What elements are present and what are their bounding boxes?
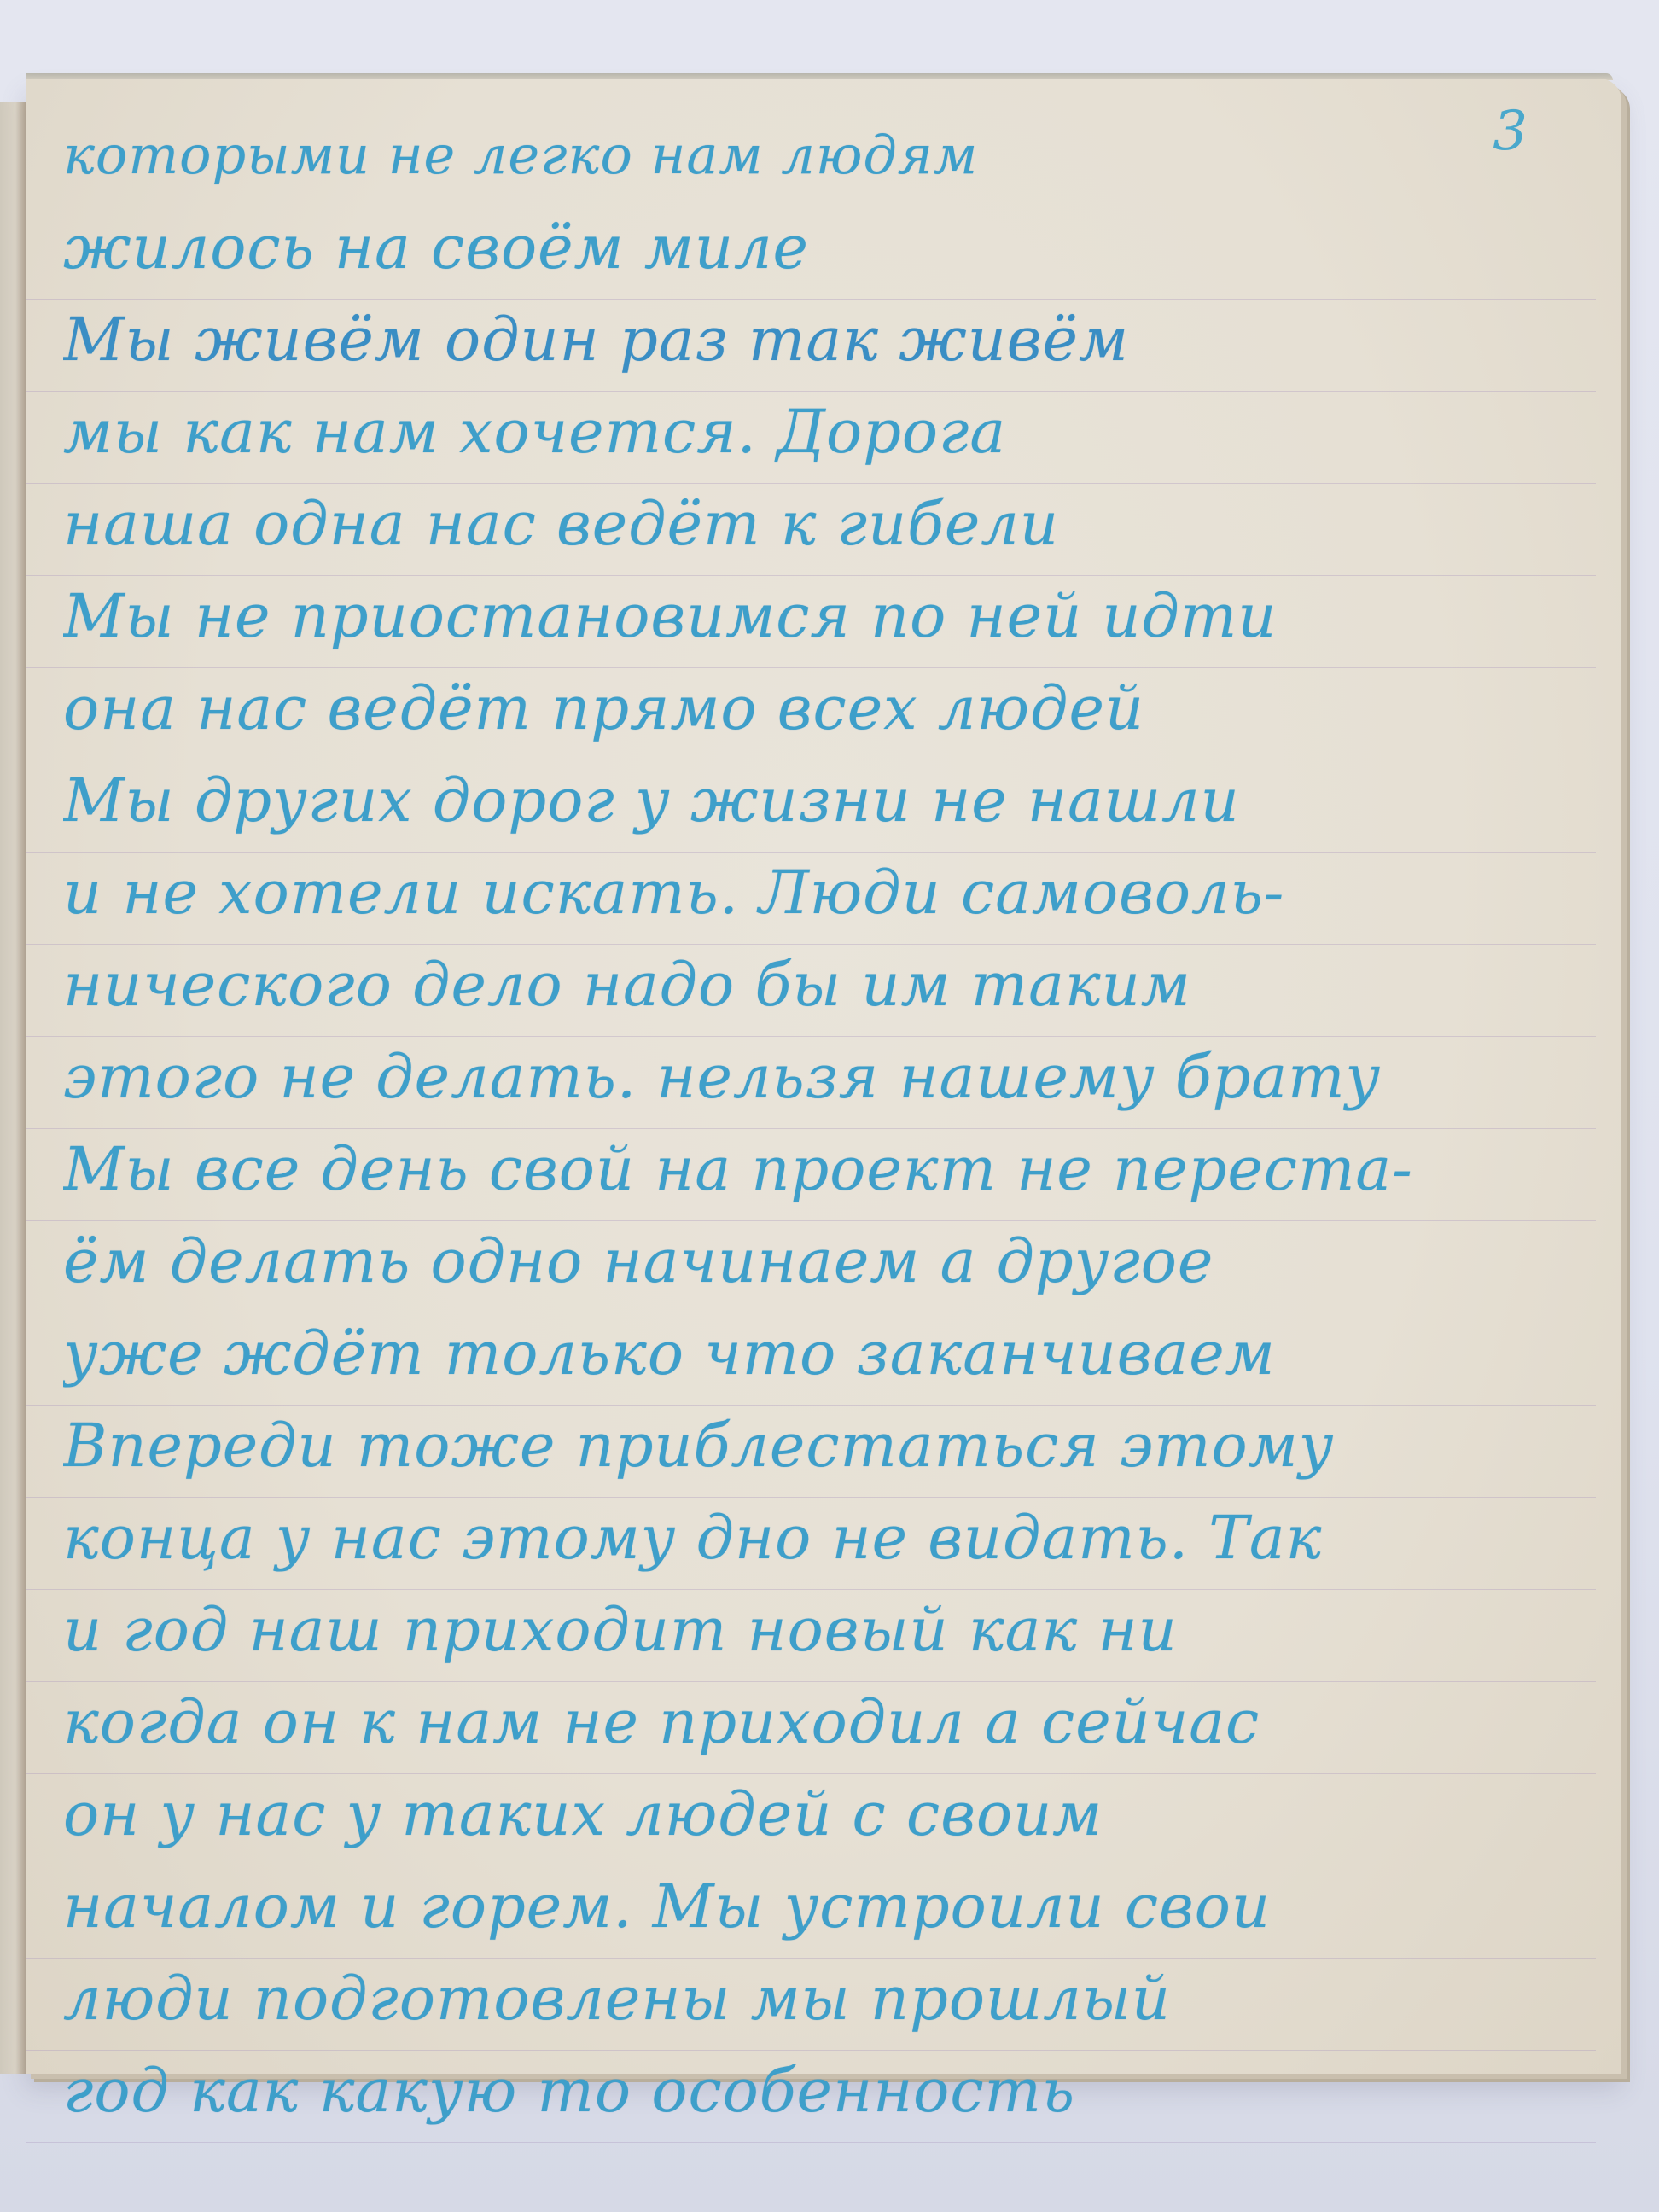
handwritten-line: мы как нам хочется. Дорога [63,386,1519,478]
notebook-cover-edge [0,102,27,2074]
handwritten-line: жилось на своём миле [63,201,1519,294]
handwritten-line: ём делать одно начинаем а другое [63,1215,1519,1307]
handwritten-line: Мы других дорог у жизни не нашли [63,754,1519,847]
handwritten-line: и не хотели искать. Люди самоволь- [63,847,1519,939]
handwritten-line: Мы живём один раз так живём [63,294,1519,386]
handwritten-line: этого не делать. нельзя нашему брату [63,1031,1519,1123]
handwritten-line: наша одна нас ведёт к гибели [63,478,1519,570]
handwritten-line: нического дело надо бы им таким [63,939,1519,1031]
handwritten-line: и год наш приходит новый как ни [63,1584,1519,1676]
handwritten-line: Впереди тоже приблестаться этому [63,1400,1519,1492]
handwritten-line: когда он к нам не приходил а сейчас [63,1676,1519,1768]
handwritten-line: уже ждёт только что заканчиваем [63,1307,1519,1400]
handwritten-line: Мы не приостановимся по ней идти [63,570,1519,662]
notebook-page: 3 которыми не легко нам людямжилось на с… [26,79,1621,2074]
handwritten-line: люди подготовлены мы прошлый [63,1953,1519,2045]
handwritten-line: год как какую то особенность [63,2045,1519,2137]
handwritten-text: которыми не легко нам людямжилось на сво… [63,109,1519,2137]
handwritten-line: Мы все день свой на проект не переста- [63,1123,1519,1215]
handwritten-line: она нас ведёт прямо всех людей [63,662,1519,754]
handwritten-line: которыми не легко нам людям [63,109,1519,201]
handwritten-line: началом и горем. Мы устроили свои [63,1860,1519,1953]
ruled-line [26,2142,1596,2143]
handwritten-line: он у нас у таких людей с своим [63,1768,1519,1860]
handwritten-line: конца у нас этому дно не видать. Так [63,1492,1519,1584]
